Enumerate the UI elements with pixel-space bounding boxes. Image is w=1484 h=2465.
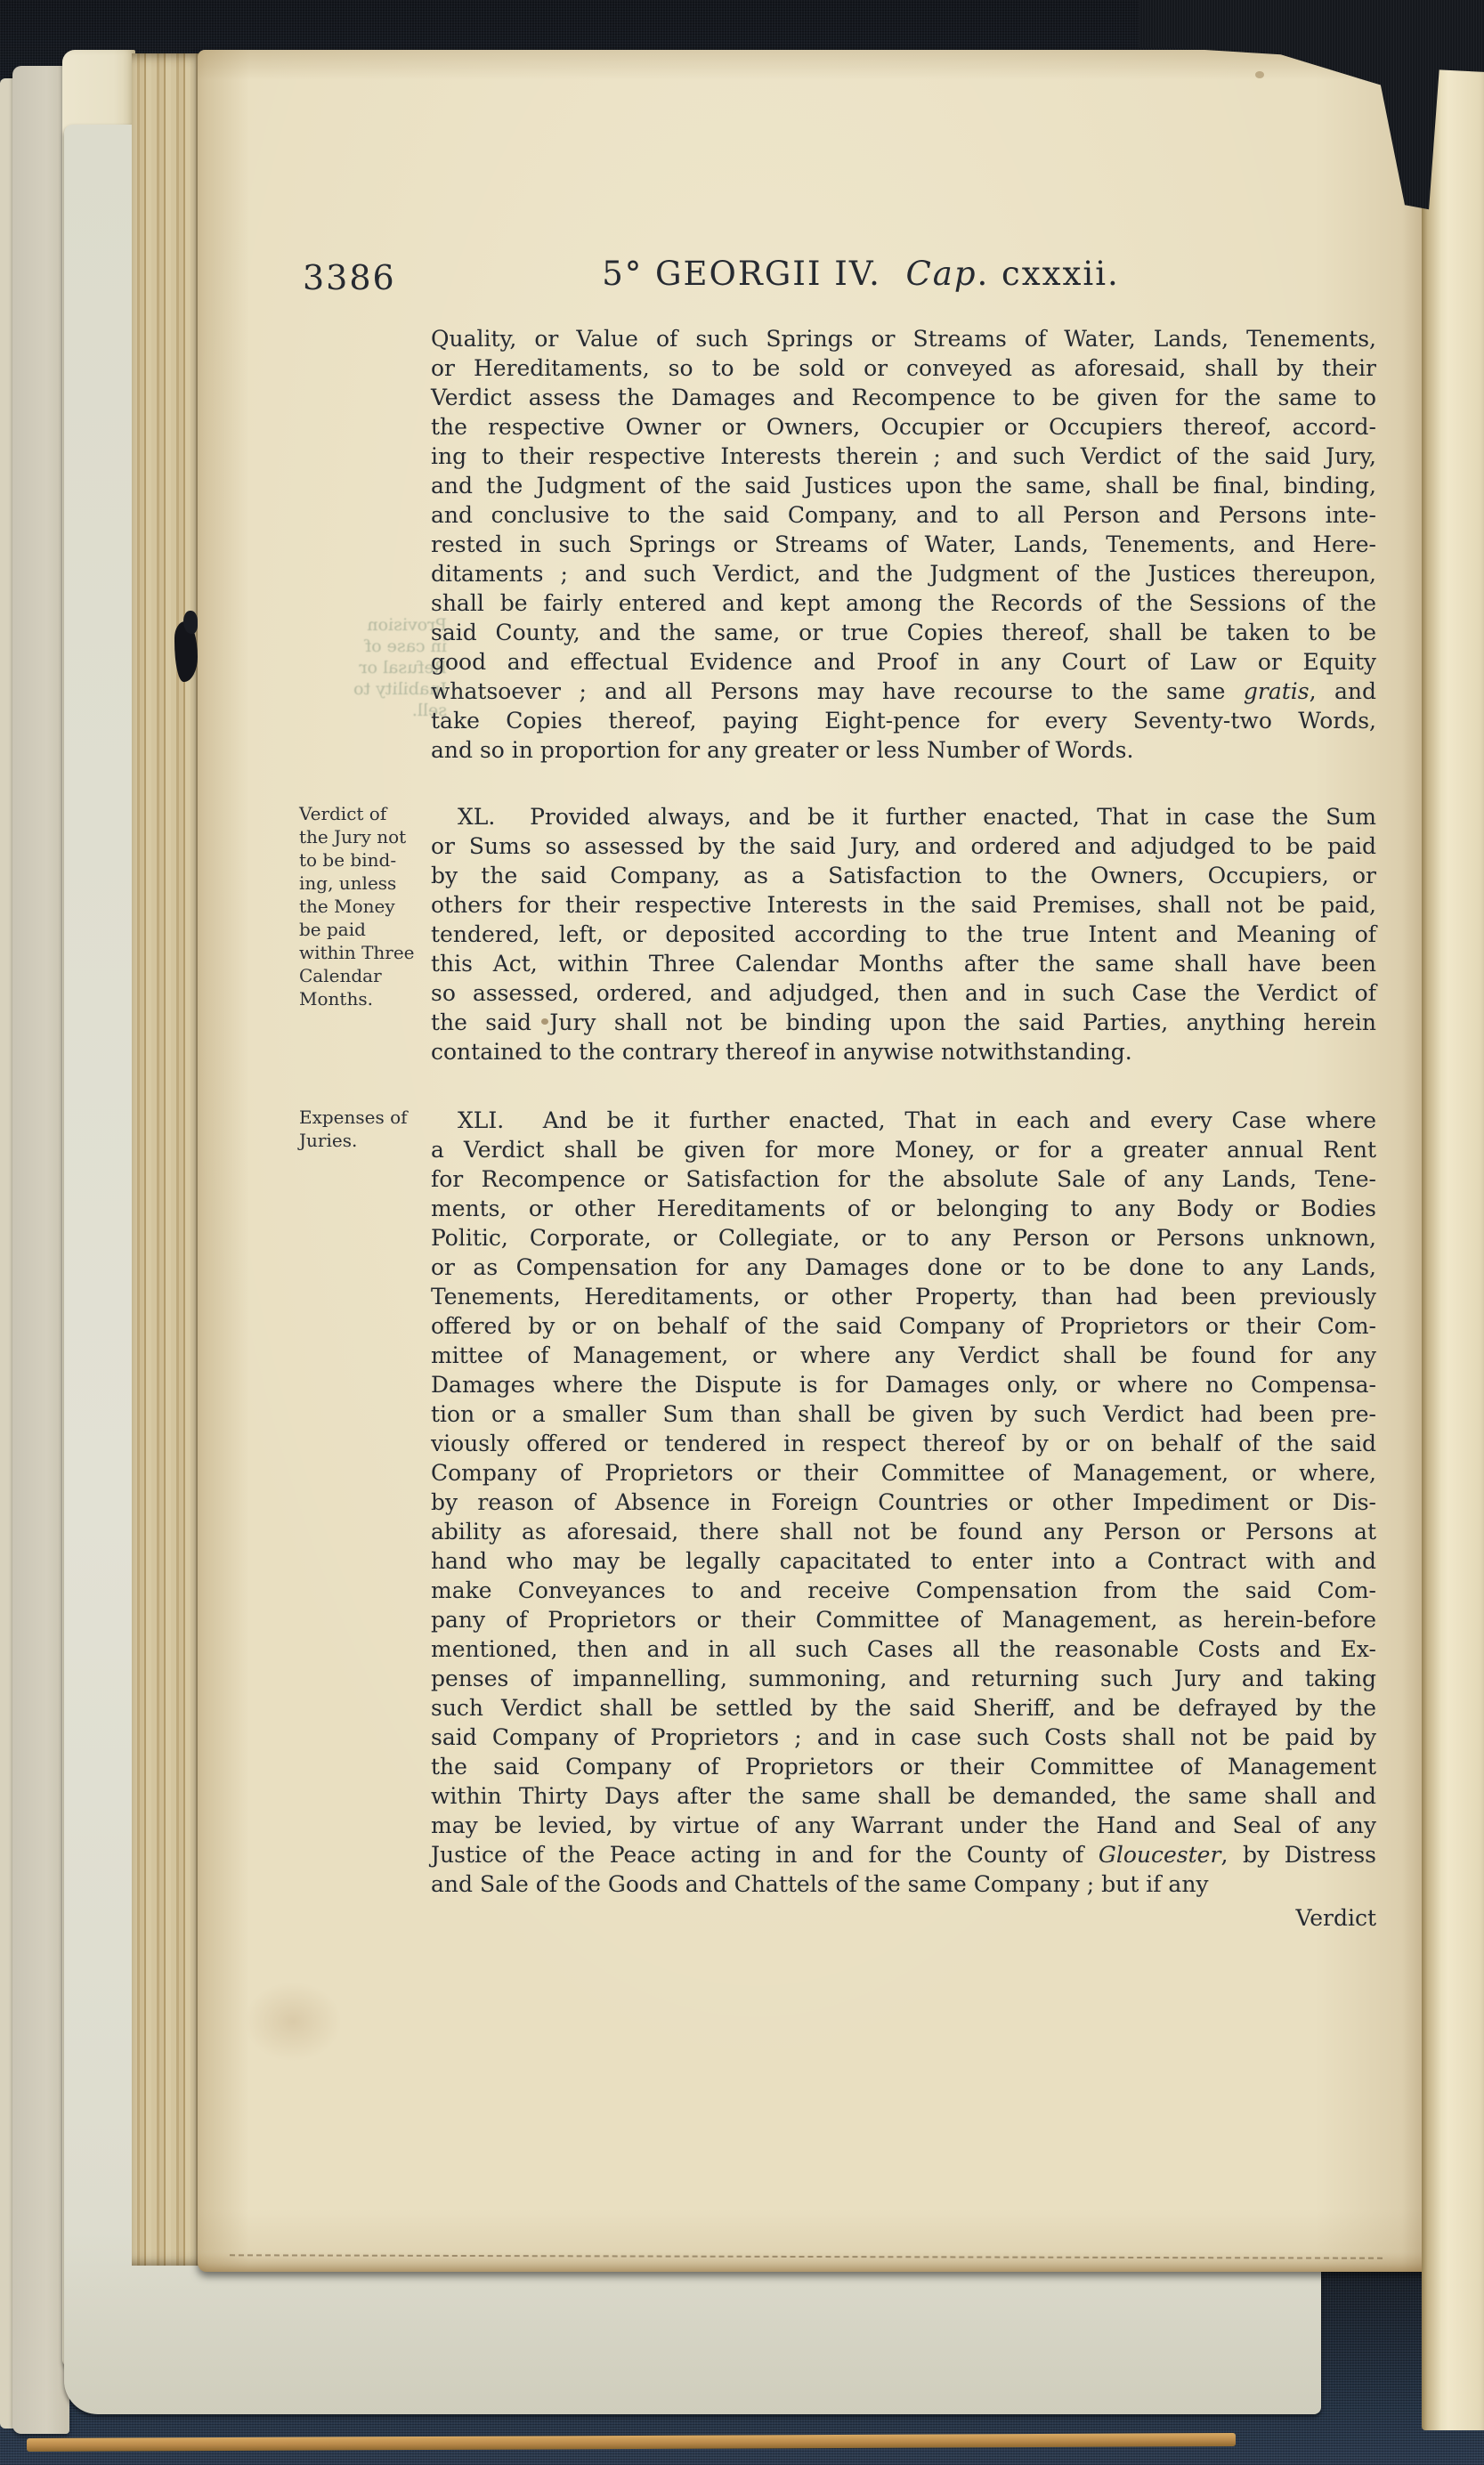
text-line: offered by or on behalf of the said Comp…	[431, 1311, 1376, 1341]
text-line: a Verdict shall be given for more Money,…	[431, 1135, 1376, 1164]
text-line: whatsoever ; and all Persons may have re…	[431, 677, 1376, 706]
text-line: by reason of Absence in Foreign Countrie…	[431, 1488, 1376, 1517]
text-line: XL. Provided always, and be it further e…	[431, 802, 1376, 831]
note-line: be paid	[299, 918, 434, 941]
note-line: ing, unless	[299, 872, 434, 895]
paragraph-continuation: Quality, or Value of such Springs or Str…	[431, 324, 1376, 765]
text-line: tion or a smaller Sum than shall be give…	[431, 1399, 1376, 1429]
note-line: within Three	[299, 941, 434, 964]
note-line: Provision	[331, 614, 447, 636]
text-line: ments, or other Hereditaments of or belo…	[431, 1194, 1376, 1223]
book-photograph: 3386 5° GEORGII IV. Cap. cxxxii. Provisi…	[0, 0, 1484, 2465]
text-line: ditaments ; and such Verdict, and the Ju…	[431, 559, 1376, 588]
note-line: Verdict of	[299, 802, 434, 825]
text-line: pany of Proprietors or their Committee o…	[431, 1605, 1376, 1634]
note-line: Inability to	[331, 678, 447, 700]
book-page: 3386 5° GEORGII IV. Cap. cxxxii. Provisi…	[198, 50, 1439, 2272]
text-line: take Copies thereof, paying Eight-pence …	[431, 706, 1376, 735]
text-line: shall be fairly entered and kept among t…	[431, 588, 1376, 618]
text-line: penses of impannelling, summoning, and r…	[431, 1664, 1376, 1693]
text-line: rested in such Springs or Streams of Wat…	[431, 530, 1376, 559]
text-line: within Thirty Days after the same shall …	[431, 1781, 1376, 1811]
text-line: good and effectual Evidence and Proof in…	[431, 647, 1376, 677]
text-line: hand who may be legally capacitated to e…	[431, 1546, 1376, 1576]
text-line: others for their respective Interests in…	[431, 890, 1376, 920]
text-line: and Sale of the Goods and Chattels of th…	[431, 1869, 1376, 1899]
note-line: the Jury not	[299, 825, 434, 848]
text-line: Tenements, Hereditaments, or other Prope…	[431, 1282, 1376, 1311]
text-line: this Act, within Three Calendar Months a…	[431, 949, 1376, 978]
text-line: Quality, or Value of such Springs or Str…	[431, 324, 1376, 353]
text-line: ing to their respective Interests therei…	[431, 442, 1376, 471]
text-line: tendered, left, or deposited according t…	[431, 920, 1376, 949]
gilt-board-edge	[27, 2433, 1236, 2452]
text-line: may be levied, by virtue of any Warrant …	[431, 1811, 1376, 1840]
text-line: the respective Owner or Owners, Occupier…	[431, 412, 1376, 442]
text-column: Quality, or Value of such Springs or Str…	[431, 324, 1376, 1899]
ink-blot	[174, 621, 198, 682]
text-line: ability as aforesaid, there shall not be…	[431, 1517, 1376, 1546]
text-line: Damages where the Dispute is for Damages…	[431, 1370, 1376, 1399]
catchword: Verdict	[431, 1903, 1376, 1933]
text-line: so assessed, ordered, and adjudged, then…	[431, 978, 1376, 1008]
note-line: to be bind-	[299, 848, 434, 872]
running-head: 5° GEORGII IV. Cap. cxxxii.	[385, 255, 1337, 293]
page-edge-layer-2	[12, 66, 69, 2434]
margin-note-section-xli: Expenses ofJuries.	[299, 1106, 434, 1152]
margin-note-section-xl: Verdict ofthe Jury notto be bind-ing, un…	[299, 802, 434, 1010]
note-line: the Money	[299, 895, 434, 918]
text-line: for Recompence or Satisfaction for the a…	[431, 1164, 1376, 1194]
text-line: said Company of Proprietors ; and in cas…	[431, 1723, 1376, 1752]
page-content: 3386 5° GEORGII IV. Cap. cxxxii. Provisi…	[198, 50, 1439, 2272]
text-line: and the Judgment of the said Justices up…	[431, 471, 1376, 500]
text-line: or Hereditaments, so to be sold or conve…	[431, 353, 1376, 383]
text-line: mittee of Management, or where any Verdi…	[431, 1341, 1376, 1370]
note-line: Expenses of	[299, 1106, 434, 1129]
paragraph-section-xl: XL. Provided always, and be it further e…	[431, 802, 1376, 1066]
note-line: in case of	[331, 636, 447, 657]
note-line: Months.	[299, 987, 434, 1010]
text-line: or Sums so assessed by the said Jury, an…	[431, 831, 1376, 861]
paragraph-section-xli: XLI. And be it further enacted, That in …	[431, 1106, 1376, 1899]
deckled-fore-edge	[132, 53, 199, 2266]
text-line: and conclusive to the said Company, and …	[431, 500, 1376, 530]
show-through-text: Provisionin case ofRefusal orInability t…	[331, 614, 447, 721]
text-line: contained to the contrary thereof in any…	[431, 1037, 1376, 1066]
facing-page-gutter	[1422, 57, 1484, 2430]
text-line: by the said Company, as a Satisfaction t…	[431, 861, 1376, 890]
text-line: viously offered or tendered in respect t…	[431, 1429, 1376, 1458]
note-line: Calendar	[299, 964, 434, 987]
text-line: and so in proportion for any greater or …	[431, 735, 1376, 765]
text-line: Politic, Corporate, or Collegiate, or to…	[431, 1223, 1376, 1253]
note-line: Refusal or	[331, 657, 447, 678]
text-line: mentioned, then and in all such Cases al…	[431, 1634, 1376, 1664]
note-line: sell.	[331, 700, 447, 721]
text-line: Justice of the Peace acting in and for t…	[431, 1840, 1376, 1869]
text-line: make Conveyances to and receive Compensa…	[431, 1576, 1376, 1605]
text-line: XLI. And be it further enacted, That in …	[431, 1106, 1376, 1135]
text-line: said County, and the same, or true Copie…	[431, 618, 1376, 647]
text-line: such Verdict shall be settled by the sai…	[431, 1693, 1376, 1723]
note-line: Juries.	[299, 1129, 434, 1152]
text-line: Verdict assess the Damages and Recompenc…	[431, 383, 1376, 412]
text-line: Company of Proprietors or their Committe…	[431, 1458, 1376, 1488]
text-line: or as Compensation for any Damages done …	[431, 1253, 1376, 1282]
page-number: 3386	[303, 258, 396, 297]
text-line: the said Jury shall not be binding upon …	[431, 1008, 1376, 1037]
text-line: the said Company of Proprietors or their…	[431, 1752, 1376, 1781]
